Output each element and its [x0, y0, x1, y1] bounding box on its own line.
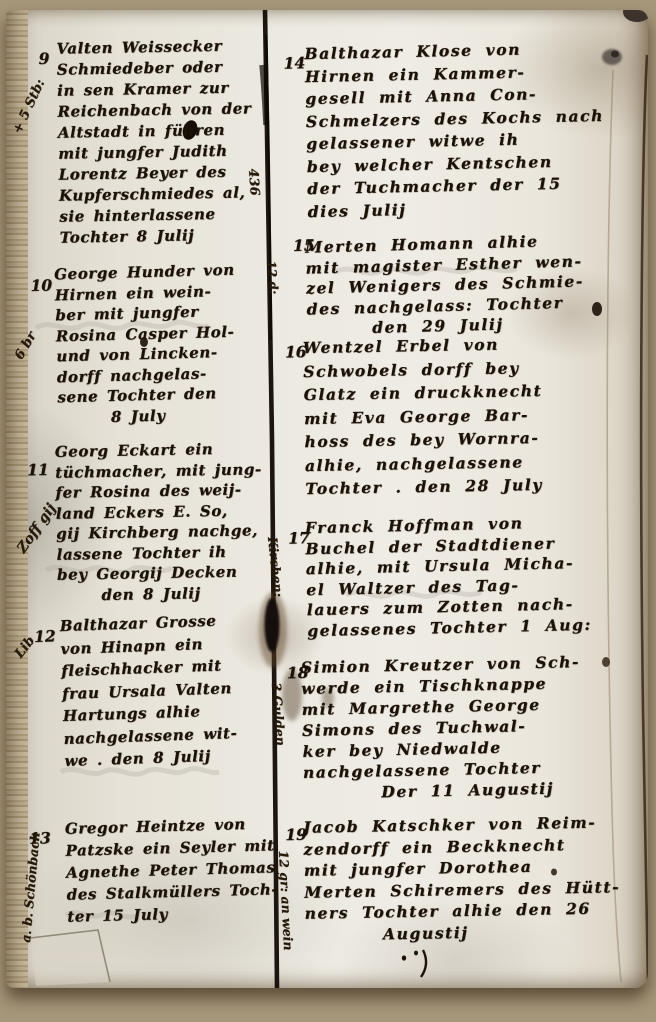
- register-entry-19: 19 Jacob Katschker von Reim-zendorff ein…: [303, 811, 621, 945]
- entry-text: Balthazar Klose vonHirnen ein Kammer-ges…: [304, 37, 606, 223]
- entry-text: Balthazar Grossevon Hinapn einfleischhac…: [59, 609, 238, 772]
- margin-note: 436: [245, 168, 262, 196]
- entry-number: 18: [287, 663, 309, 682]
- manuscript-photo: 9 Valten WeisseckerSchmiedeber oderin se…: [0, 0, 656, 1022]
- fold-ink-blot: [265, 598, 280, 652]
- register-entry-10: 10 George Hunder vonHirnen ein wein-ber …: [54, 260, 239, 429]
- entry-text: Gregor Heintze vonPatzske ein Seyler mit…: [65, 812, 279, 927]
- entry-number: 10: [30, 275, 52, 295]
- entry-number: 15: [293, 235, 315, 255]
- entry-text: Jacob Katschker von Reim-zendorff ein Be…: [303, 811, 621, 945]
- entry-number: 11: [27, 460, 49, 479]
- register-entry-17: 17 Franck Hoffman vonBuchel der Stadtdie…: [305, 512, 592, 641]
- entry-text: Simion Kreutzer von Sch-werde ein Tischk…: [300, 651, 582, 804]
- register-entry-11: 11 Georg Eckart eintüchmacher, mit jung-…: [55, 438, 264, 606]
- register-entry-12: 12 Balthazar Grossevon Hinapn einfleisch…: [59, 609, 238, 772]
- register-entry-13: 13 Gregor Heintze vonPatzske ein Seyler …: [65, 812, 279, 927]
- entry-number: 19: [285, 825, 307, 844]
- register-entry-9: 9 Valten WeisseckerSchmiedeber oderin se…: [56, 35, 253, 248]
- entry-number: 17: [288, 528, 310, 547]
- entry-text: Franck Hoffman vonBuchel der Stadtdiener…: [305, 512, 592, 641]
- register-page: 9 Valten WeisseckerSchmiedeber oderin se…: [6, 10, 648, 988]
- entry-number: 9: [38, 49, 49, 68]
- register-entry-15: 15 Merten Homann alhiemit magister Esthe…: [305, 230, 585, 340]
- margin-note: 12 d:: [264, 260, 281, 295]
- register-entry-16: 16 Wentzel Erbel vonSchwobels dorff beyG…: [303, 332, 545, 501]
- dog-ear-fold: [30, 930, 110, 986]
- entry-text: George Hunder vonHirnen ein wein-ber mit…: [54, 260, 239, 429]
- entry-text: Wentzel Erbel vonSchwobels dorff beyGlat…: [303, 332, 545, 501]
- register-entry-18: 18 Simion Kreutzer von Sch-werde ein Tis…: [300, 651, 582, 804]
- entry-number: 16: [285, 342, 307, 361]
- entry-text: Merten Homann alhiemit magister Esther w…: [305, 230, 585, 340]
- entry-text: Georg Eckart eintüchmacher, mit jung-fer…: [55, 438, 264, 606]
- entry-number: 14: [283, 53, 305, 72]
- entry-text: Valten WeisseckerSchmiedeber oderin sen …: [56, 35, 253, 248]
- register-entry-14: 14 Balthazar Klose vonHirnen ein Kammer-…: [304, 37, 606, 223]
